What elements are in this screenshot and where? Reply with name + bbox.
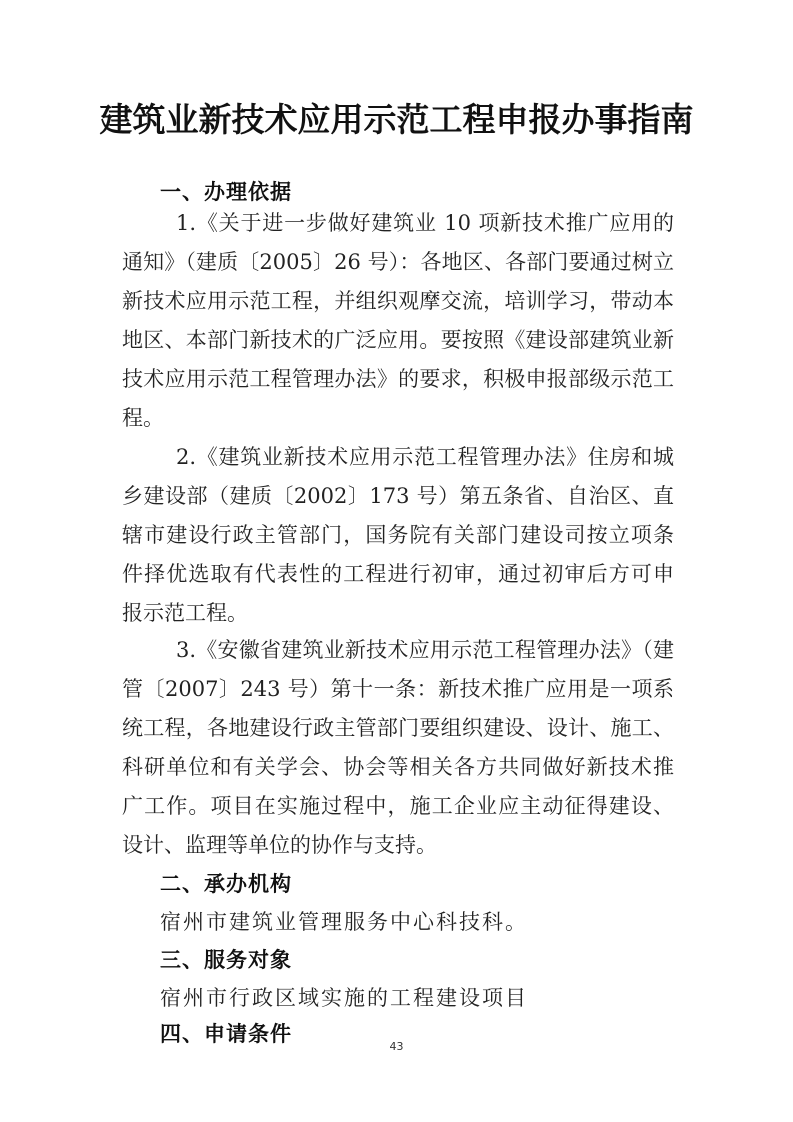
agency-text: 宿州市建筑业管理服务中心科技科。 xyxy=(160,906,528,936)
paragraph-line: 统工程，各地建设行政主管部门要组织建设、设计、施工、 xyxy=(122,712,674,742)
paragraph-line: 3.《安徽省建筑业新技术应用示范工程管理办法》（建 xyxy=(176,634,674,664)
document-page: 建筑业新技术应用示范工程申报办事指南 一、办理依据 1.《关于进一步做好建筑业 … xyxy=(0,0,793,1122)
paragraph-line: 地区、本部门新技术的广泛应用。要按照《建设部建筑业新 xyxy=(122,324,674,354)
paragraph-line: 通知》（建质〔2005〕26 号）：各地区、各部门要通过树立 xyxy=(122,246,674,276)
service-target-text: 宿州市行政区域实施的工程建设项目 xyxy=(160,982,528,1012)
paragraph-line: 科研单位和有关学会、协会等相关各方共同做好新技术推 xyxy=(122,751,674,781)
paragraph-line: 件择优选取有代表性的工程进行初审，通过初审后方可申 xyxy=(122,558,674,588)
section-heading-service-target: 三、服务对象 xyxy=(160,944,292,974)
page-number: 43 xyxy=(0,1040,793,1053)
paragraph-line: 程。 xyxy=(122,402,674,432)
paragraph-line: 技术应用示范工程管理办法》的要求，积极申报部级示范工 xyxy=(122,363,674,393)
paragraph-line: 辖市建设行政主管部门，国务院有关部门建设司按立项条 xyxy=(122,519,674,549)
section-heading-agency: 二、承办机构 xyxy=(160,868,292,898)
paragraph-line: 新技术应用示范工程，并组织观摩交流，培训学习，带动本 xyxy=(122,285,674,315)
paragraph-line: 乡建设部（建质〔2002〕173 号）第五条省、自治区、直 xyxy=(122,480,674,510)
paragraph-line: 管〔2007〕243 号）第十一条：新技术推广应用是一项系 xyxy=(122,673,674,703)
section-heading-basis: 一、办理依据 xyxy=(160,176,292,206)
paragraph-line: 2.《建筑业新技术应用示范工程管理办法》住房和城 xyxy=(176,441,674,471)
document-title: 建筑业新技术应用示范工程申报办事指南 xyxy=(0,94,793,141)
paragraph-line: 1.《关于进一步做好建筑业 10 项新技术推广应用的 xyxy=(176,207,674,237)
paragraph-line: 报示范工程。 xyxy=(122,597,674,627)
paragraph-line: 广工作。项目在实施过程中，施工企业应主动征得建设、 xyxy=(122,790,674,820)
paragraph-line: 设计、监理等单位的协作与支持。 xyxy=(122,829,674,859)
